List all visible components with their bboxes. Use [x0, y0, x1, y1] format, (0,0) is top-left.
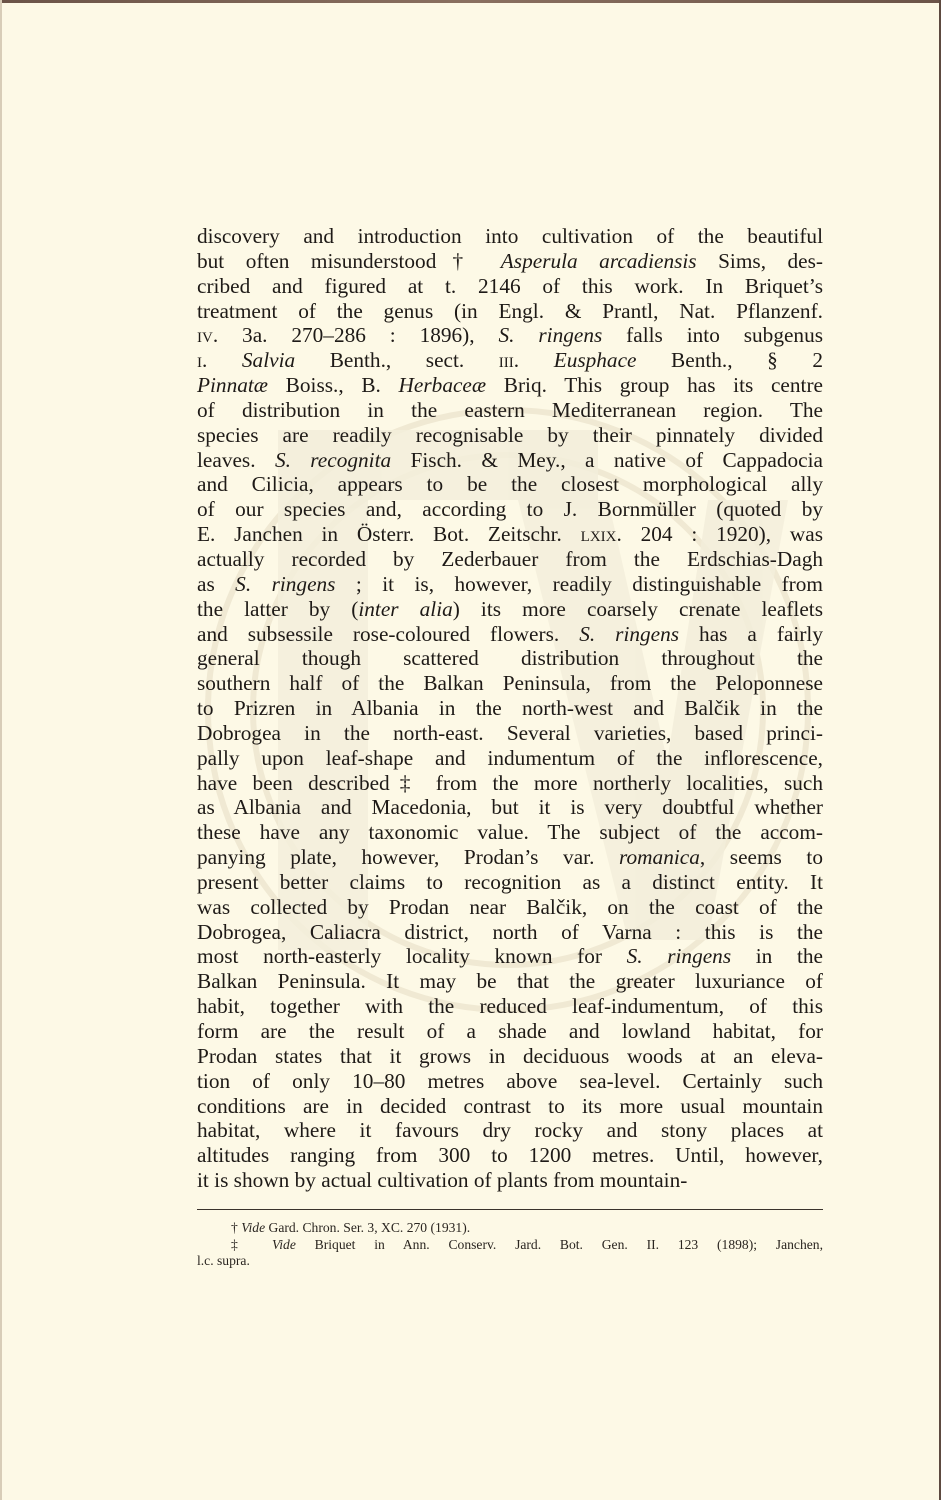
italic-text: S. ringens [579, 622, 679, 646]
text-run: iii. [499, 348, 519, 372]
text-run: as [197, 572, 235, 596]
text-run: of our species and, according to J. Born… [197, 497, 823, 521]
text-run: as Albania and Macedonia, but it is very… [197, 795, 823, 819]
text-line: i. Salvia Benth., sect. iii. Eusphace Be… [197, 348, 823, 373]
body-text: discovery and introduction into cultivat… [197, 224, 823, 1193]
text-run: the latter by ( [197, 597, 358, 621]
text-line: present better claims to recognition as … [197, 870, 823, 895]
italic-text: S. recognita [275, 448, 391, 472]
text-line: Pinnatæ Boiss., B. Herbaceæ Briq. This g… [197, 373, 823, 398]
text-run: of distribution in the eastern Mediterra… [197, 398, 823, 422]
text-run: general though scattered distribution th… [197, 646, 823, 670]
text-line: to Prizren in Albania in the north-west … [197, 696, 823, 721]
text-run [207, 348, 242, 372]
page-edge-top [0, 0, 941, 3]
text-line: of our species and, according to J. Born… [197, 497, 823, 522]
text-line: species are readily recognisable by thei… [197, 423, 823, 448]
text-line: as S. ringens ; it is, however, readily … [197, 572, 823, 597]
text-run: habit, together with the reduced leaf-in… [197, 994, 823, 1018]
text-line: iv. 3a. 270–286 : 1896), S. ringens fall… [197, 323, 823, 348]
text-run: and subsessile rose-coloured flowers. [197, 622, 579, 646]
text-run: altitudes ranging from 300 to 1200 metre… [197, 1143, 823, 1167]
text-run: 3a. 270–286 : 1896), [218, 323, 498, 347]
text-run: Fisch. & Mey., a native of Cappadocia [391, 448, 823, 472]
text-run: panying plate, however, Prodan’s var. [197, 845, 619, 869]
text-run: Dobrogea, Caliacra district, north of Va… [197, 920, 823, 944]
text-run: treatment of the genus (in Engl. & Prant… [197, 299, 823, 323]
footnote: l.c. supra. [197, 1253, 823, 1270]
footnote: † Vide Gard. Chron. Ser. 3, XC. 270 (193… [197, 1220, 823, 1237]
text-run: species are readily recognisable by thei… [197, 423, 823, 447]
text-line: pally upon leaf-shape and indumentum of … [197, 746, 823, 771]
text-run: pally upon leaf-shape and indumentum of … [197, 746, 823, 770]
text-line: have been described‡ from the more north… [197, 771, 823, 796]
italic-text: Eusphace [554, 348, 637, 372]
italic-text: romanica [619, 845, 700, 869]
text-run: Dobrogea in the north-east. Several vari… [197, 721, 823, 745]
text-run: Gard. Chron. Ser. 3, XC. 270 (1931). [265, 1220, 470, 1235]
text-run: ‡ [231, 1237, 272, 1252]
text-run: cribed and figured at t. 2146 of this wo… [197, 274, 823, 298]
text-run: iv. [197, 323, 218, 347]
text-line: most north-easterly locality known for S… [197, 944, 823, 969]
text-line: the latter by (inter alia) its more coar… [197, 597, 823, 622]
text-run: habitat, where it favours dry rocky and … [197, 1118, 823, 1142]
footnote: ‡ Vide Briquet in Ann. Conserv. Jard. Bo… [197, 1237, 823, 1254]
italic-text: S. ringens [627, 944, 732, 968]
text-line: form are the result of a shade and lowla… [197, 1019, 823, 1044]
page-edge-left [0, 0, 2, 1500]
text-run: tion of only 10–80 metres above sea-leve… [197, 1069, 823, 1093]
text-line: leaves. S. recognita Fisch. & Mey., a na… [197, 448, 823, 473]
text-run: E. Janchen in Österr. Bot. Zeitschr. [197, 522, 581, 546]
italic-text: inter alia [358, 597, 452, 621]
text-line: was collected by Prodan near Balčik, on … [197, 895, 823, 920]
text-line: Balkan Peninsula. It may be that the gre… [197, 969, 823, 994]
text-line: but often misunderstood† Asperula arcadi… [197, 249, 823, 274]
text-line: altitudes ranging from 300 to 1200 metre… [197, 1143, 823, 1168]
text-run: Prodan states that it grows in deciduous… [197, 1044, 823, 1068]
text-line: Dobrogea in the north-east. Several vari… [197, 721, 823, 746]
text-run [519, 348, 554, 372]
text-run: has a fairly [679, 622, 823, 646]
italic-text: Pinnatæ [197, 373, 268, 397]
italic-text: Vide [241, 1220, 265, 1235]
text-run: and Cilicia, appears to be the closest m… [197, 472, 823, 496]
text-run: southern half of the Balkan Peninsula, f… [197, 671, 823, 695]
text-line: actually recorded by Zederbauer from the… [197, 547, 823, 572]
italic-text: Herbaceæ [399, 373, 487, 397]
text-line: as Albania and Macedonia, but it is very… [197, 795, 823, 820]
text-line: Prodan states that it grows in deciduous… [197, 1044, 823, 1069]
text-line: and Cilicia, appears to be the closest m… [197, 472, 823, 497]
text-run: it is shown by actual cultivation of pla… [197, 1168, 687, 1192]
text-run: ) its more coarsely crenate leaflets [453, 597, 823, 621]
text-run: falls into subgenus [602, 323, 823, 347]
text-line: cribed and figured at t. 2146 of this wo… [197, 274, 823, 299]
text-run: form are the result of a shade and lowla… [197, 1019, 823, 1043]
text-line: general though scattered distribution th… [197, 646, 823, 671]
text-run: Benth., § 2 [636, 348, 823, 372]
text-line: southern half of the Balkan Peninsula, f… [197, 671, 823, 696]
text-run: these have any taxonomic value. The subj… [197, 820, 823, 844]
text-line: habit, together with the reduced leaf-in… [197, 994, 823, 1019]
italic-text: Salvia [242, 348, 295, 372]
text-run: discovery and introduction into cultivat… [197, 224, 823, 248]
text-run: leaves. [197, 448, 275, 472]
italic-text: S. ringens [235, 572, 335, 596]
text-line: tion of only 10–80 metres above sea-leve… [197, 1069, 823, 1094]
text-line: these have any taxonomic value. The subj… [197, 820, 823, 845]
text-run: to Prizren in Albania in the north-west … [197, 696, 823, 720]
text-line: E. Janchen in Österr. Bot. Zeitschr. lxi… [197, 522, 823, 547]
text-line: Dobrogea, Caliacra district, north of Va… [197, 920, 823, 945]
text-run: 204 : 1920), was [622, 522, 823, 546]
text-line: treatment of the genus (in Engl. & Prant… [197, 299, 823, 324]
text-run: l.c. supra. [197, 1253, 250, 1268]
italic-text: S. ringens [499, 323, 603, 347]
text-run: Briquet in Ann. Conserv. Jard. Bot. Gen.… [296, 1237, 823, 1252]
text-run: ; it is, however, readily distinguishabl… [335, 572, 823, 596]
text-line: panying plate, however, Prodan’s var. ro… [197, 845, 823, 870]
text-run: have been described‡ from the more north… [197, 771, 823, 795]
text-run: , seems to [700, 845, 823, 869]
text-run: Benth., sect. [295, 348, 499, 372]
text-run: Briq. This group has its centre [486, 373, 823, 397]
text-line: of distribution in the eastern Mediterra… [197, 398, 823, 423]
italic-text: Asperula arcadiensis [501, 249, 697, 273]
text-run: in the [731, 944, 823, 968]
text-line: habitat, where it favours dry rocky and … [197, 1118, 823, 1143]
text-run: Balkan Peninsula. It may be that the gre… [197, 969, 823, 993]
footnotes: † Vide Gard. Chron. Ser. 3, XC. 270 (193… [197, 1220, 823, 1270]
text-line: discovery and introduction into cultivat… [197, 224, 823, 249]
text-line: it is shown by actual cultivation of pla… [197, 1168, 823, 1193]
text-run: Boiss., B. [268, 373, 399, 397]
text-run: was collected by Prodan near Balčik, on … [197, 895, 823, 919]
text-run: † [231, 1220, 241, 1235]
text-run: conditions are in decided contrast to it… [197, 1094, 823, 1118]
text-run: most north-easterly locality known for [197, 944, 627, 968]
text-line: and subsessile rose-coloured flowers. S.… [197, 622, 823, 647]
text-run: actually recorded by Zederbauer from the… [197, 547, 823, 571]
italic-text: Vide [272, 1237, 296, 1252]
text-run: Sims, des- [697, 249, 823, 273]
footnote-rule [197, 1209, 823, 1210]
text-run: i. [197, 348, 207, 372]
text-run: lxix. [581, 522, 622, 546]
text-run: present better claims to recognition as … [197, 870, 823, 894]
text-run: but often misunderstood† [197, 249, 501, 273]
text-line: conditions are in decided contrast to it… [197, 1094, 823, 1119]
